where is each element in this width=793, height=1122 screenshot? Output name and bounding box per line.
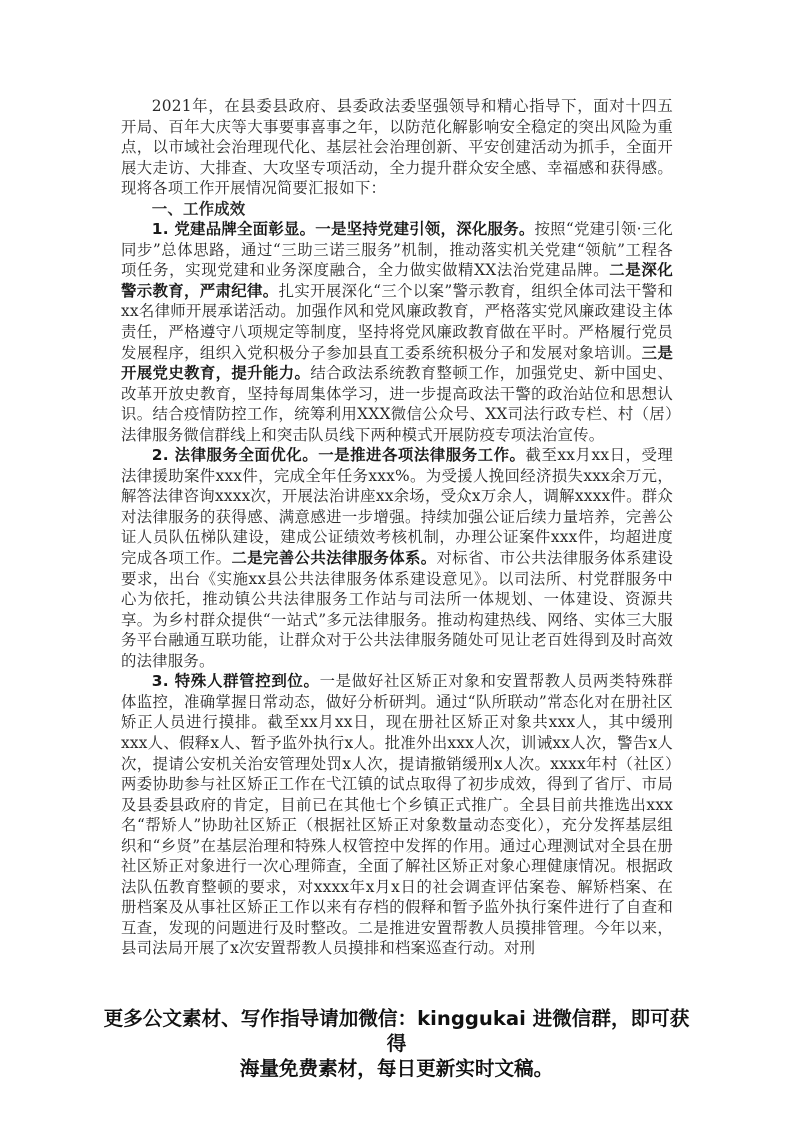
section-2-paragraph: 2. 法律服务全面优化。一是推进各项法律服务工作。截至xx月xx日，受理法律援助… bbox=[121, 445, 673, 671]
section-1-part-1-lead: 一是坚持党建引领，深化服务。 bbox=[315, 220, 534, 238]
section-2-part-2-lead: 二是完善公共法律服务体系。 bbox=[231, 549, 436, 567]
promo-line-1: 更多公文素材、写作指导请加微信：kinggukai 进微信群，即可获得 bbox=[100, 1006, 693, 1056]
section-heading: 一、工作成效 bbox=[121, 199, 673, 220]
intro-paragraph: 2021年，在县委县政府、县委政法委坚强领导和精心指导下，面对十四五开局、百年大… bbox=[121, 96, 673, 199]
section-1-title: 1. 党建品牌全面彰显。 bbox=[152, 220, 316, 238]
section-2-title: 2. 法律服务全面优化。 bbox=[152, 446, 318, 464]
document-body: 2021年，在县委县政府、县委政法委坚强领导和精心指导下，面对十四五开局、百年大… bbox=[121, 96, 673, 959]
section-3-title: 3. 特殊人群管控到位。 bbox=[152, 672, 320, 690]
section-2-part-2-text: 对标省、市公共法律服务体系建设要求，出台《实施xx县公共法律服务体系建设意见》。… bbox=[121, 549, 673, 670]
section-3-paragraph: 3. 特殊人群管控到位。一是做好社区矫正对象和安置帮教人员两类特殊群体监控，准确… bbox=[121, 671, 673, 959]
promo-footer: 更多公文素材、写作指导请加微信：kinggukai 进微信群，即可获得 海量免费… bbox=[100, 1006, 693, 1081]
promo-line-2: 海量免费素材，每日更新实时文稿。 bbox=[100, 1056, 693, 1081]
section-1-paragraph: 1. 党建品牌全面彰显。一是坚持党建引领，深化服务。按照“党建引领·三化同步”总… bbox=[121, 219, 673, 445]
section-2-part-1-lead: 一是推进各项法律服务工作。 bbox=[318, 446, 525, 464]
section-3-part-1-text: 一是做好社区矫正对象和安置帮教人员两类特殊群体监控，准确掌握日常动态，做好分析研… bbox=[121, 672, 673, 957]
